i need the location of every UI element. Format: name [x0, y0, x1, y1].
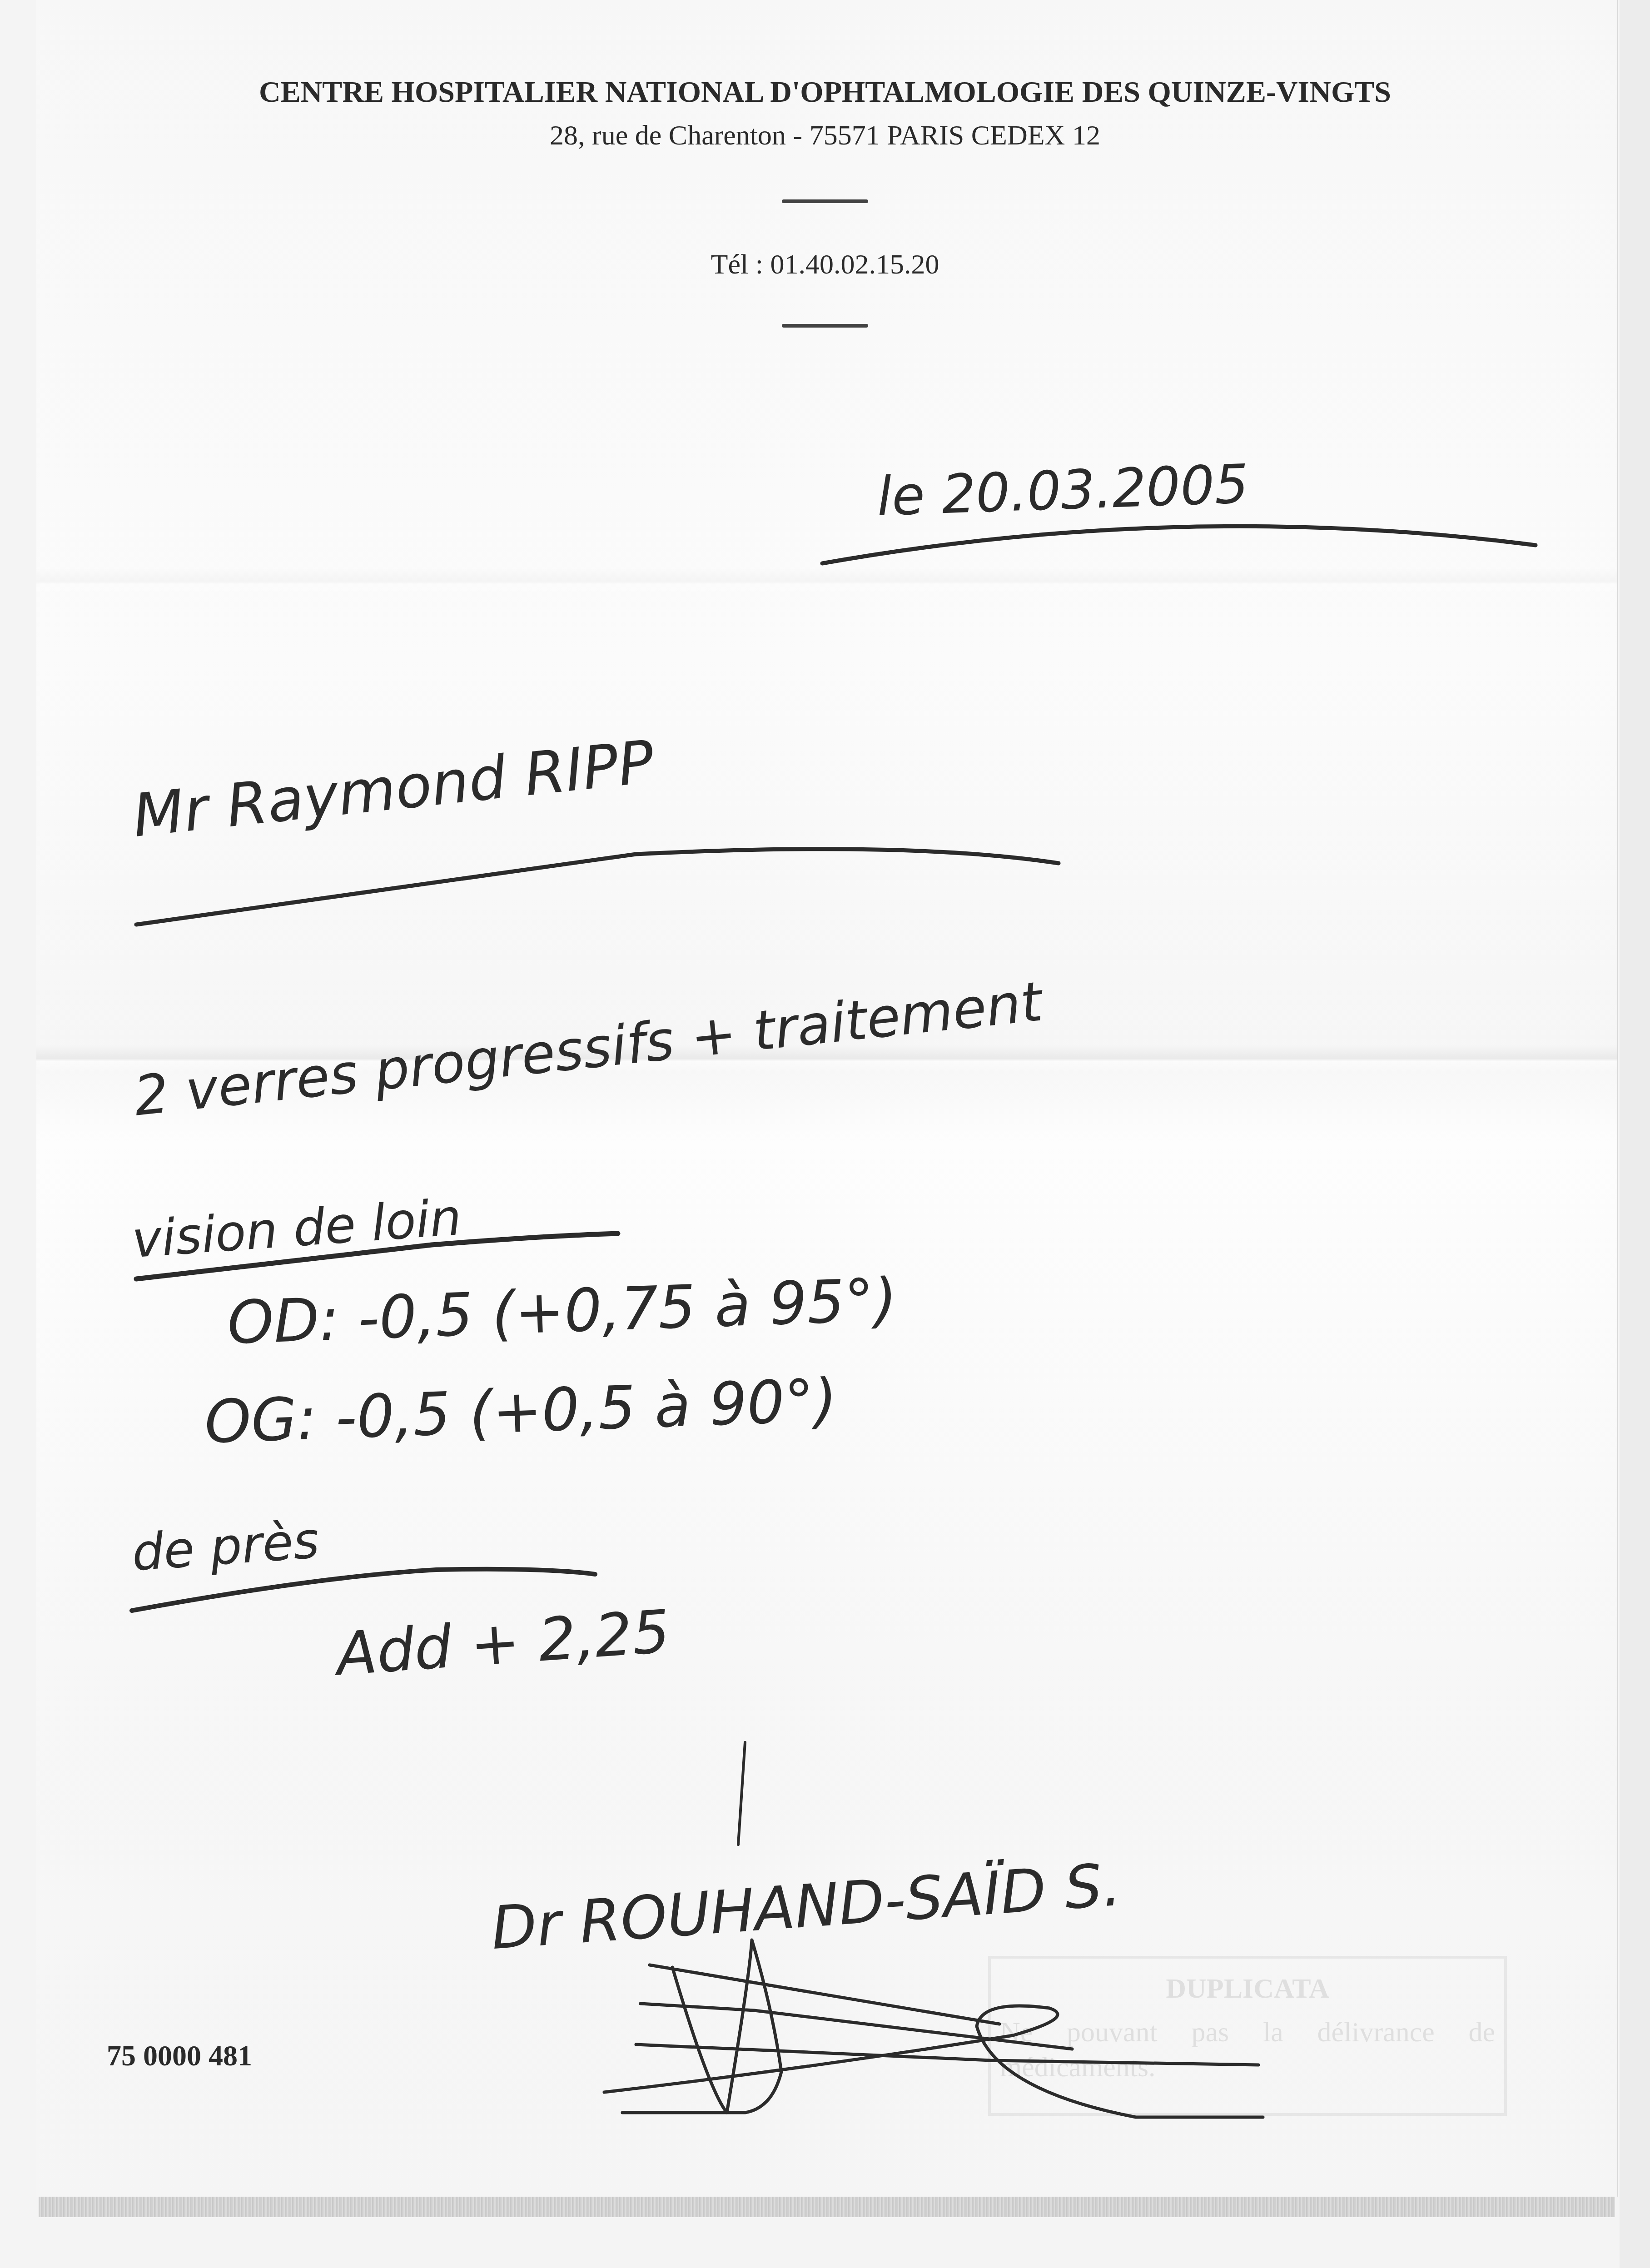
distance-vision-underline [136, 1233, 618, 1279]
near-vision-underline [132, 1569, 595, 1611]
signature [604, 1940, 1263, 2117]
patient-underline [136, 849, 1059, 925]
handwriting-strokes [0, 0, 1650, 2268]
signature-stroke [738, 1742, 745, 1845]
date-underline [822, 526, 1536, 563]
